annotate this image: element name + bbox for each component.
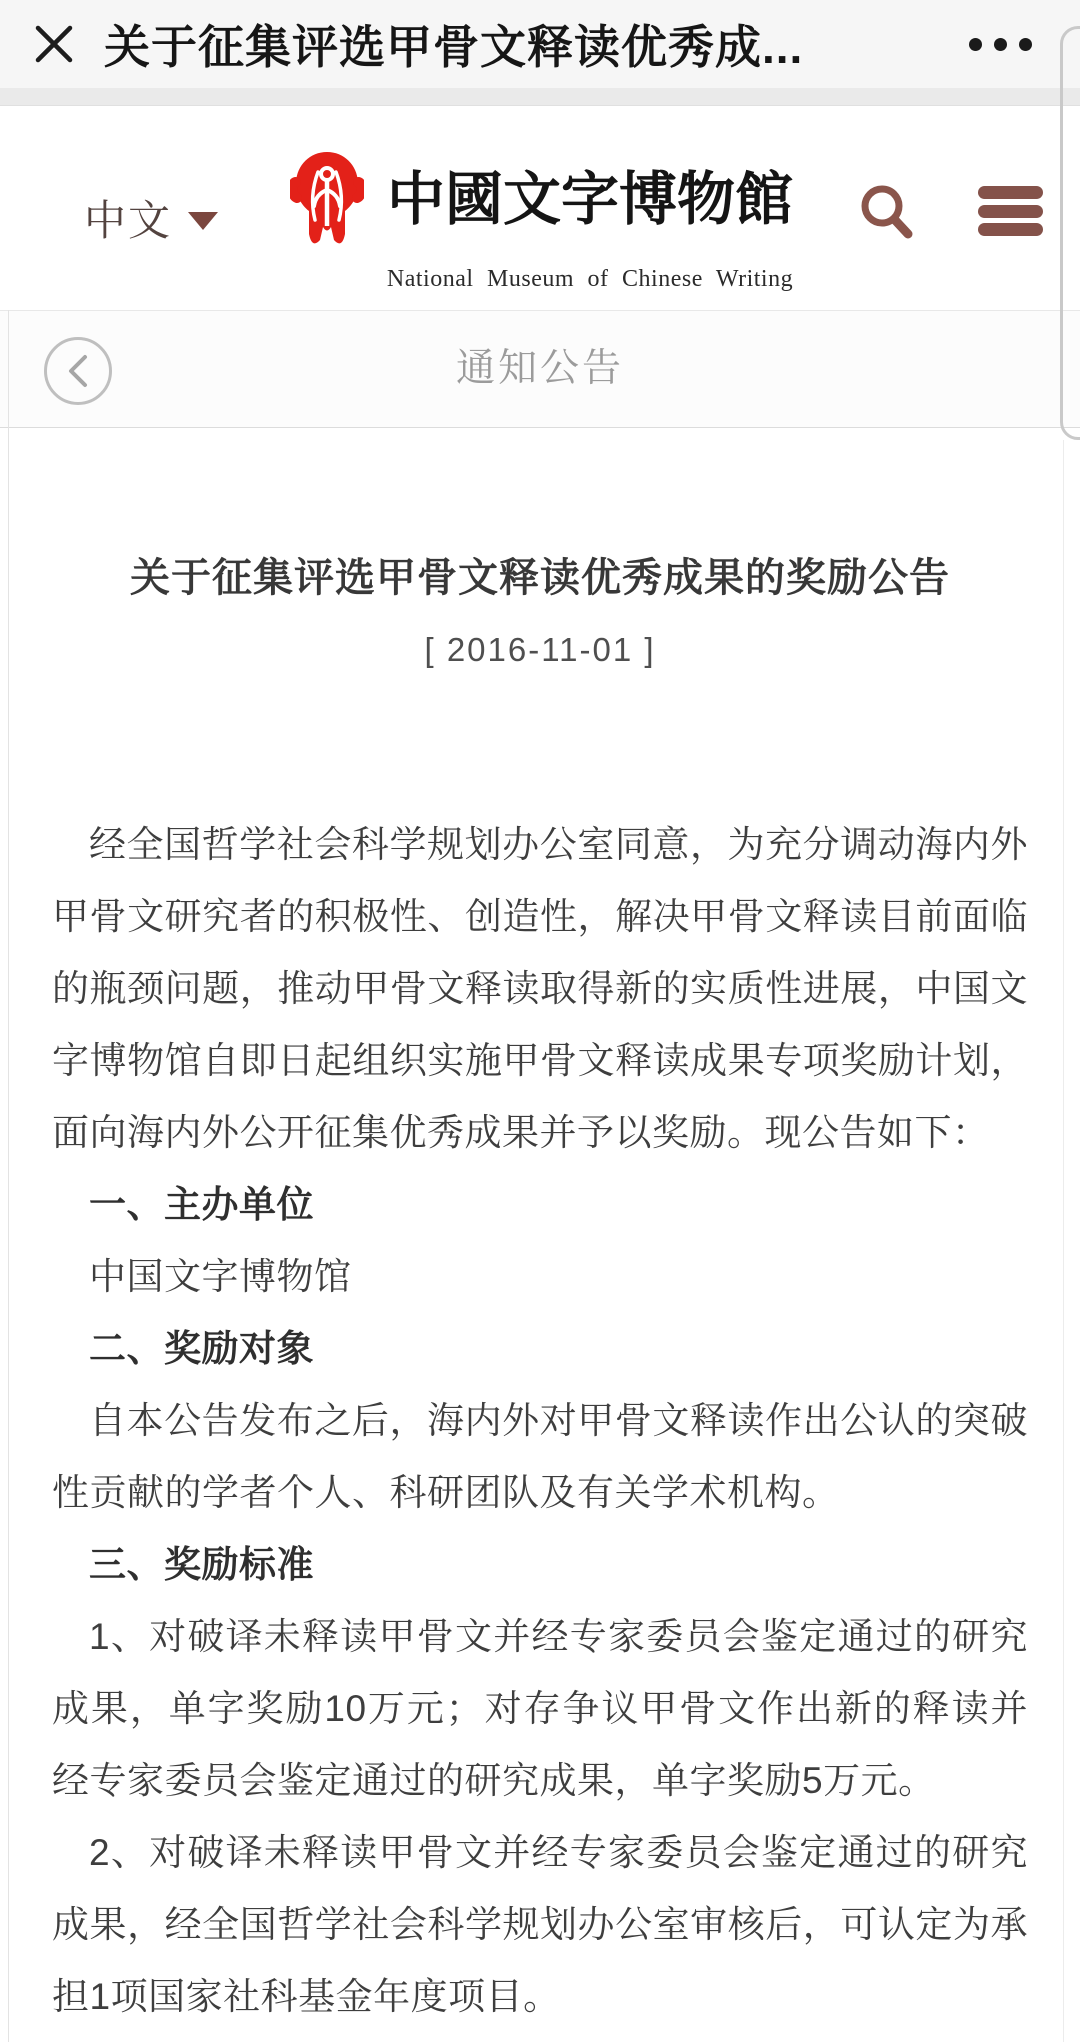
article-section-heading: 二、奖励对象 [52,1313,1028,1385]
wechat-browser-screen: 关于征集评选甲骨文释读优秀成... 中文 中國文字博物館 Nation [0,0,1080,2042]
article-title: 关于征集评选甲骨文释读优秀成果的奖励公告 [0,428,1080,603]
article-paragraph: 2、对破译未释读甲骨文并经专家委员会鉴定通过的研究成果，经全国哲学社会科学规划办… [52,1817,1028,2033]
page-title: 关于征集评选甲骨文释读优秀成... [104,11,965,77]
browser-top-bar: 关于征集评选甲骨文释读优秀成... [0,0,1080,88]
language-label: 中文 [84,188,172,248]
hamburger-icon [978,186,1043,199]
language-selector[interactable]: 中文 [84,188,218,248]
page-edge-line-right [1063,440,1064,2042]
back-button[interactable] [44,337,112,405]
article-paragraph: 中国文字博物馆 [52,1241,1028,1313]
section-nav-bar: 通知公告 [0,310,1080,428]
close-icon [31,21,77,67]
article-body: 经全国哲学社会科学规划办公室同意，为充分调动海内外甲骨文研究者的积极性、创造性，… [0,809,1080,2033]
page-edge-line-left [8,310,9,2042]
section-title: 通知公告 [0,311,1080,427]
search-icon [856,182,920,246]
more-menu-button[interactable] [965,28,1036,61]
article-date: [ 2016-11-01 ] [0,631,1080,669]
three-dots-icon [969,38,982,51]
brand-block: 中國文字博物館 National Museum of Chinese Writi… [340,146,840,293]
brand-name-chinese: 中國文字博物館 [340,146,840,252]
article-section-heading: 一、主办单位 [52,1169,1028,1241]
site-header: 中文 中國文字博物館 National Museum of Chinese Wr… [0,106,1080,310]
article-paragraph: 自本公告发布之后，海内外对甲骨文释读作出公认的突破性贡献的学者个人、科研团队及有… [52,1385,1028,1529]
article-paragraph: 经全国哲学社会科学规划办公室同意，为充分调动海内外甲骨文研究者的积极性、创造性，… [52,809,1028,1169]
browser-bar-shadow-band [0,88,1080,106]
brand-name-english: National Museum of Chinese Writing [340,266,840,293]
hamburger-menu-button[interactable] [978,186,1043,236]
chevron-left-icon [61,349,95,393]
caret-down-icon [188,212,218,230]
article-section-heading: 三、奖励标准 [52,1529,1028,1601]
search-button[interactable] [856,182,920,246]
close-button[interactable] [30,20,78,68]
article-content: 关于征集评选甲骨文释读优秀成果的奖励公告 [ 2016-11-01 ] 经全国哲… [0,428,1080,2042]
article-paragraph: 1、对破译未释读甲骨文并经专家委员会鉴定通过的研究成果，单字奖励10万元；对存争… [52,1601,1028,1817]
floating-window-capsule-edge [1060,26,1080,440]
